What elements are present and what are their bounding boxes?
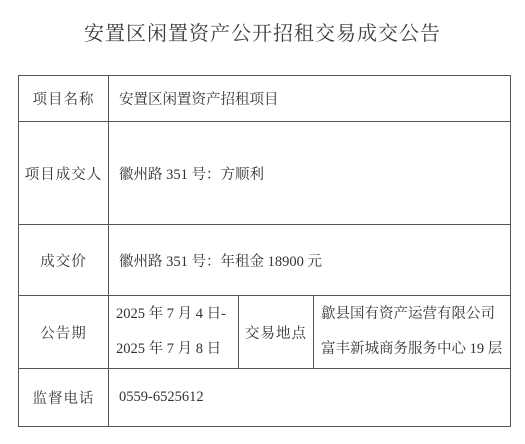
- row-value-transaction-location: 歙县国有资产运营有限公司 富丰新城商务服务中心 19 层: [314, 296, 511, 369]
- announcement-table: 项目名称 安置区闲置资产招租项目 项目成交人 徽州路 351 号：方顺利 成交价…: [18, 75, 511, 427]
- row-value-announcement-period: 2025 年 7 月 4 日- 2025 年 7 月 8 日: [109, 296, 239, 369]
- table-row: 公告期 2025 年 7 月 4 日- 2025 年 7 月 8 日 交易地点 …: [19, 296, 511, 369]
- location-company: 歙县国有资产运营有限公司: [321, 297, 504, 332]
- row-value-supervision-phone: 0559-6525612: [109, 369, 511, 427]
- row-value-transaction-price: 徽州路 351 号：年租金 18900 元: [109, 225, 511, 296]
- row-label-transaction-location: 交易地点: [239, 296, 314, 369]
- row-label-project-name: 项目名称: [19, 76, 109, 122]
- table-row: 成交价 徽州路 351 号：年租金 18900 元: [19, 225, 511, 296]
- period-start-date: 2025 年 7 月 4 日-: [116, 297, 232, 332]
- row-value-project-name: 安置区闲置资产招租项目: [109, 76, 511, 122]
- table-row: 监督电话 0559-6525612: [19, 369, 511, 427]
- table-row: 项目名称 安置区闲置资产招租项目: [19, 76, 511, 122]
- location-address: 富丰新城商务服务中心 19 层: [321, 332, 504, 367]
- row-label-transaction-price: 成交价: [19, 225, 109, 296]
- row-label-announcement-period: 公告期: [19, 296, 109, 369]
- row-label-supervision-phone: 监督电话: [19, 369, 109, 427]
- row-value-winning-bidder: 徽州路 351 号：方顺利: [109, 122, 511, 225]
- row-label-winning-bidder: 项目成交人: [19, 122, 109, 225]
- table-row: 项目成交人 徽州路 351 号：方顺利: [19, 122, 511, 225]
- announcement-document: 安置区闲置资产公开招租交易成交公告 项目名称 安置区闲置资产招租项目 项目成交人…: [0, 0, 525, 444]
- period-end-date: 2025 年 7 月 8 日: [116, 332, 232, 367]
- page-title: 安置区闲置资产公开招租交易成交公告: [0, 17, 525, 46]
